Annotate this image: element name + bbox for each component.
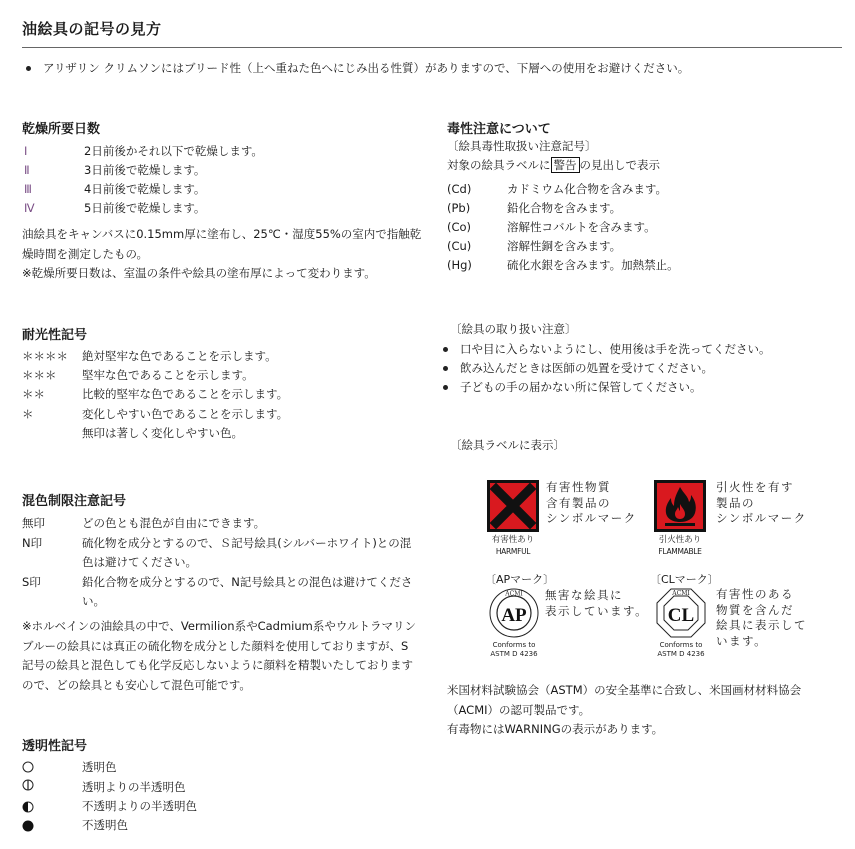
toxicity-label-note: 対象の絵具ラベルに警告の見出しで表示 bbox=[447, 157, 660, 173]
title-divider bbox=[22, 47, 842, 48]
harmful-description: 有害性物質 含有製品の シンボルマーク bbox=[546, 480, 637, 527]
handling-item: 飲み込んだときは医師の処置を受けてください。 bbox=[443, 360, 713, 376]
astm-note-line: （ACMI）の認可製品です。 bbox=[447, 701, 801, 721]
mixing-note-line: ブルーの絵具には真正の硫化物を成分とした顔料を使用しておりますが、S bbox=[22, 637, 416, 657]
mixing-list: 無印 どの色とも混色が自由にできます。 N印 硫化物を成分とするので、Ｓ記号絵具… bbox=[22, 514, 422, 612]
bullet-icon bbox=[26, 66, 31, 71]
label-display-heading: 〔絵具ラベルに表示〕 bbox=[450, 437, 565, 453]
mixing-text: い。 bbox=[82, 592, 412, 612]
drying-note: 油絵具をキャンバスに0.15mm厚に塗布し、25℃・湿度55%の室内で指触乾 燥… bbox=[22, 225, 421, 284]
cl-seal-icon: ACMI CL bbox=[655, 587, 707, 642]
mixing-row: 無印 どの色とも混色が自由にできます。 bbox=[22, 514, 422, 534]
half-filled-circle-icon bbox=[22, 797, 82, 816]
transparency-row: 不透明よりの半透明色 bbox=[22, 797, 197, 816]
mixing-text: 色は避けてください。 bbox=[82, 553, 411, 573]
ap-conforms-text: Conforms to bbox=[484, 641, 544, 650]
drying-row: Ⅰ 2日前後かそれ以下で乾燥します。 bbox=[24, 142, 263, 161]
toxicity-text: カドミウム化合物を含みます。 bbox=[507, 180, 667, 199]
toxicity-text: 硫化水銀を含みます。加熱禁止。 bbox=[507, 256, 679, 275]
toxicity-heading: 毒性注意について bbox=[447, 118, 551, 137]
svg-text:CL: CL bbox=[668, 605, 694, 626]
toxicity-key: (Cd) bbox=[447, 180, 507, 199]
toxicity-label-prefix: 対象の絵具ラベルに bbox=[447, 158, 551, 172]
lightfastness-text: 比較的堅牢な色であることを示します。 bbox=[82, 385, 288, 404]
lightfastness-row: 無印は著しく変化しやすい色。 bbox=[22, 424, 243, 443]
lightfastness-row: ＊ 変化しやすい色であることを示します。 bbox=[22, 405, 288, 424]
transparency-row: 不透明色 bbox=[22, 816, 128, 835]
svg-text:ACMI: ACMI bbox=[671, 590, 690, 597]
drying-note-line: 油絵具をキャンバスに0.15mm厚に塗布し、25℃・湿度55%の室内で指触乾 bbox=[22, 225, 421, 245]
lightfastness-key bbox=[22, 424, 82, 443]
mixing-text: どの色とも混色が自由にできます。 bbox=[82, 514, 265, 534]
transparency-text: 透明色 bbox=[82, 758, 117, 777]
transparency-text: 不透明色 bbox=[82, 816, 128, 835]
mixing-key: S印 bbox=[22, 573, 82, 612]
handling-heading: 〔絵具の取り扱い注意〕 bbox=[450, 321, 577, 337]
flammable-caption: 引火性あり FLAMMABLE bbox=[647, 535, 713, 557]
toxicity-key: (Co) bbox=[447, 218, 507, 237]
flammable-description: 引火性を有す 製品の シンボルマーク bbox=[716, 480, 807, 527]
page-title: 油絵具の記号の見方 bbox=[22, 18, 162, 39]
toxicity-row: (Cu) 溶解性銅を含みます。 bbox=[447, 237, 621, 256]
toxicity-text: 溶解性銅を含みます。 bbox=[507, 237, 621, 256]
toxicity-key: (Pb) bbox=[447, 199, 507, 218]
lightfastness-text: 変化しやすい色であることを示します。 bbox=[82, 405, 288, 424]
astm-note: 米国材料試験協会（ASTM）の安全基準に合致し、米国画材材料協会 （ACMI）の… bbox=[447, 681, 801, 740]
mixing-row: N印 硫化物を成分とするので、Ｓ記号絵具(シルバーホワイト)との混 色は避けてく… bbox=[22, 534, 422, 573]
flammable-flame-icon bbox=[654, 480, 706, 535]
cl-mark-title: 〔CLマーク〕 bbox=[650, 571, 719, 587]
drying-key: Ⅱ bbox=[24, 161, 84, 180]
ap-desc-line: 無害な絵具に bbox=[545, 588, 648, 604]
svg-text:ACMI: ACMI bbox=[504, 591, 523, 598]
drying-key: Ⅲ bbox=[24, 180, 84, 199]
ap-desc-line: 表示しています。 bbox=[545, 604, 648, 620]
toxicity-label-suffix: の見出しで表示 bbox=[580, 158, 661, 172]
drying-row: Ⅳ 5日前後で乾燥します。 bbox=[24, 199, 205, 218]
lightfastness-key: ＊＊＊＊ bbox=[22, 347, 82, 366]
lightfastness-heading: 耐光性記号 bbox=[22, 324, 87, 343]
ap-seal-icon: ACMI AP bbox=[488, 587, 540, 642]
lightfastness-key: ＊＊＊ bbox=[22, 366, 82, 385]
bullet-icon bbox=[443, 385, 448, 390]
mixing-note-line: ※ホルベインの油絵具の中で、Vermilion系やCadmium系やウルトラマリ… bbox=[22, 617, 416, 637]
transparency-row: 透明よりの半透明色 bbox=[22, 778, 186, 797]
astm-note-line: 米国材料試験協会（ASTM）の安全基準に合致し、米国画材材料協会 bbox=[447, 681, 801, 701]
transparency-row: 透明色 bbox=[22, 758, 117, 777]
toxicity-row: (Cd) カドミウム化合物を含みます。 bbox=[447, 180, 667, 199]
top-note-text: アリザリン クリムソンにはブリード性（上へ重ねた色へにじみ出る性質）がありますの… bbox=[43, 60, 689, 76]
bullet-icon bbox=[443, 347, 448, 352]
lightfastness-text: 堅牢な色であることを示します。 bbox=[82, 366, 254, 385]
handling-text: 子どもの手の届かない所に保管してください。 bbox=[460, 379, 702, 395]
ap-standard-text: ASTM D 4236 bbox=[484, 650, 544, 659]
toxicity-key: (Cu) bbox=[447, 237, 507, 256]
flammable-caption-jp: 引火性あり bbox=[659, 535, 702, 545]
lightfastness-row: ＊＊＊＊ 絶対堅牢な色であることを示します。 bbox=[22, 347, 277, 366]
lightfastness-key: ＊＊ bbox=[22, 385, 82, 404]
svg-text:AP: AP bbox=[501, 605, 527, 626]
lightfastness-text: 無印は著しく変化しやすい色。 bbox=[82, 424, 243, 443]
ap-mark-title: 〔APマーク〕 bbox=[485, 571, 554, 587]
lightfastness-row: ＊＊＊ 堅牢な色であることを示します。 bbox=[22, 366, 254, 385]
lightfastness-key: ＊ bbox=[22, 405, 82, 424]
lightfastness-row: ＊＊ 比較的堅牢な色であることを示します。 bbox=[22, 385, 288, 404]
drying-text: 4日前後で乾燥します。 bbox=[84, 180, 205, 199]
harmful-x-icon bbox=[487, 480, 539, 535]
cl-desc-line: 絵具に表示して bbox=[716, 618, 807, 634]
bullet-icon bbox=[443, 366, 448, 371]
warning-boxed-label: 警告 bbox=[551, 157, 580, 173]
cl-conformance: Conforms to ASTM D 4236 bbox=[651, 641, 711, 659]
mixing-note-line: ので、どの絵具とも安心して混色可能です。 bbox=[22, 676, 416, 696]
cl-desc-line: 有害性のある bbox=[716, 587, 807, 603]
mixing-key: 無印 bbox=[22, 514, 82, 534]
harmful-caption: 有害性あり HARMFUL bbox=[480, 535, 546, 557]
flammable-caption-en: FLAMMABLE bbox=[647, 546, 713, 557]
harmful-desc-line: 有害性物質 bbox=[546, 480, 637, 496]
cl-conforms-text: Conforms to bbox=[651, 641, 711, 650]
drying-row: Ⅱ 3日前後で乾燥します。 bbox=[24, 161, 205, 180]
drying-text: 5日前後で乾燥します。 bbox=[84, 199, 205, 218]
harmful-desc-line: シンボルマーク bbox=[546, 511, 637, 527]
cl-description: 有害性のある 物質を含んだ 絵具に表示して います。 bbox=[716, 587, 807, 649]
transparency-text: 不透明よりの半透明色 bbox=[82, 797, 197, 816]
ap-description: 無害な絵具に 表示しています。 bbox=[545, 588, 648, 619]
handling-text: 飲み込んだときは医師の処置を受けてください。 bbox=[460, 360, 713, 376]
toxicity-text: 鉛化合物を含みます。 bbox=[507, 199, 621, 218]
toxicity-row: (Hg) 硫化水銀を含みます。加熱禁止。 bbox=[447, 256, 679, 275]
flammable-desc-line: シンボルマーク bbox=[716, 511, 807, 527]
mixing-row: S印 鉛化合物を成分とするので、N記号絵具との混色は避けてくださ い。 bbox=[22, 573, 422, 612]
mixing-text: 硫化物を成分とするので、Ｓ記号絵具(シルバーホワイト)との混 bbox=[82, 534, 411, 554]
drying-key: Ⅳ bbox=[24, 199, 84, 218]
mixing-key: N印 bbox=[22, 534, 82, 573]
drying-heading: 乾燥所要日数 bbox=[22, 118, 100, 137]
circle-vertical-line-icon bbox=[22, 778, 82, 797]
transparency-text: 透明よりの半透明色 bbox=[82, 778, 186, 797]
toxicity-subheading: 〔絵具毒性取扱い注意記号〕 bbox=[447, 138, 597, 154]
handling-text: 口や目に入らないようにし、使用後は手を洗ってください。 bbox=[460, 341, 771, 357]
mixing-note: ※ホルベインの油絵具の中で、Vermilion系やCadmium系やウルトラマリ… bbox=[22, 617, 416, 695]
lightfastness-text: 絶対堅牢な色であることを示します。 bbox=[82, 347, 277, 366]
cl-standard-text: ASTM D 4236 bbox=[651, 650, 711, 659]
cl-desc-line: 物質を含んだ bbox=[716, 603, 807, 619]
handling-item: 口や目に入らないようにし、使用後は手を洗ってください。 bbox=[443, 341, 771, 357]
drying-note-line: 燥時間を測定したもの。 bbox=[22, 245, 421, 265]
mixing-text: 鉛化合物を成分とするので、N記号絵具との混色は避けてくださ bbox=[82, 573, 412, 593]
harmful-desc-line: 含有製品の bbox=[546, 496, 637, 512]
toxicity-key: (Hg) bbox=[447, 256, 507, 275]
astm-note-line: 有毒物にはWARNINGの表示があります。 bbox=[447, 720, 801, 740]
drying-key: Ⅰ bbox=[24, 142, 84, 161]
harmful-caption-jp: 有害性あり bbox=[492, 535, 535, 545]
cl-desc-line: います。 bbox=[716, 634, 807, 650]
ap-conformance: Conforms to ASTM D 4236 bbox=[484, 641, 544, 659]
transparency-heading: 透明性記号 bbox=[22, 735, 87, 754]
flammable-desc-line: 製品の bbox=[716, 496, 807, 512]
toxicity-row: (Co) 溶解性コバルトを含みます。 bbox=[447, 218, 656, 237]
drying-note-line: ※乾燥所要日数は、室温の条件や絵具の塗布厚によって変わります。 bbox=[22, 264, 421, 284]
drying-text: 2日前後かそれ以下で乾燥します。 bbox=[84, 142, 263, 161]
top-note: アリザリン クリムソンにはブリード性（上へ重ねた色へにじみ出る性質）がありますの… bbox=[26, 60, 689, 76]
harmful-caption-en: HARMFUL bbox=[480, 546, 546, 557]
mixing-note-line: 記号の絵具と混色しても化学反応しないように顔料を精製いたしております bbox=[22, 656, 416, 676]
mixing-heading: 混色制限注意記号 bbox=[22, 490, 126, 509]
drying-row: Ⅲ 4日前後で乾燥します。 bbox=[24, 180, 205, 199]
empty-circle-icon bbox=[22, 758, 82, 777]
flammable-desc-line: 引火性を有す bbox=[716, 480, 807, 496]
filled-circle-icon bbox=[22, 816, 82, 835]
handling-item: 子どもの手の届かない所に保管してください。 bbox=[443, 379, 702, 395]
toxicity-text: 溶解性コバルトを含みます。 bbox=[507, 218, 656, 237]
drying-text: 3日前後で乾燥します。 bbox=[84, 161, 205, 180]
toxicity-row: (Pb) 鉛化合物を含みます。 bbox=[447, 199, 621, 218]
